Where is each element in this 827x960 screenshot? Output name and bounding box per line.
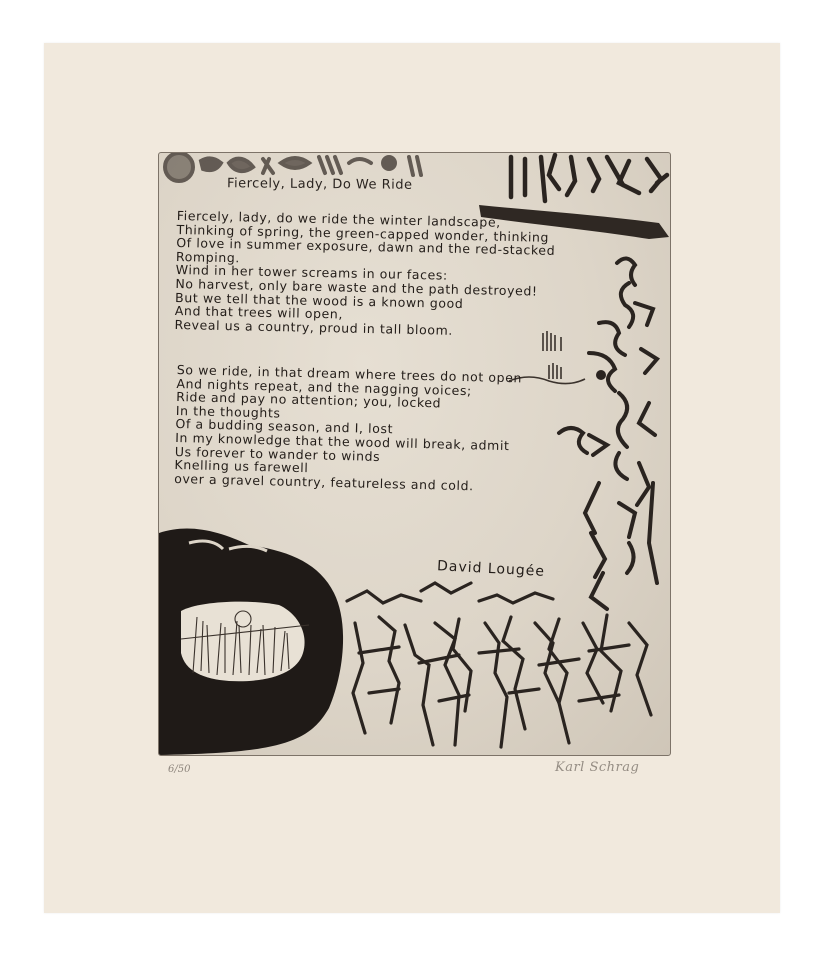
artist-signature: Karl Schrag (555, 760, 639, 775)
trees-top-right (511, 155, 667, 201)
vine-border-right (559, 258, 657, 609)
poem-stanza-2: So we ride, in that dream where trees do… (174, 363, 522, 494)
edition-number: 6/50 (168, 764, 190, 775)
dark-sun (596, 370, 606, 380)
etching-plate: Fiercely, Lady, Do We Ride Fiercely, lad… (158, 152, 671, 756)
poem-stanza-1: Fiercely, lady, do we ride the winter la… (174, 209, 555, 339)
poem-title: Fiercely, Lady, Do We Ride (227, 176, 413, 193)
window-clearing (181, 602, 305, 682)
